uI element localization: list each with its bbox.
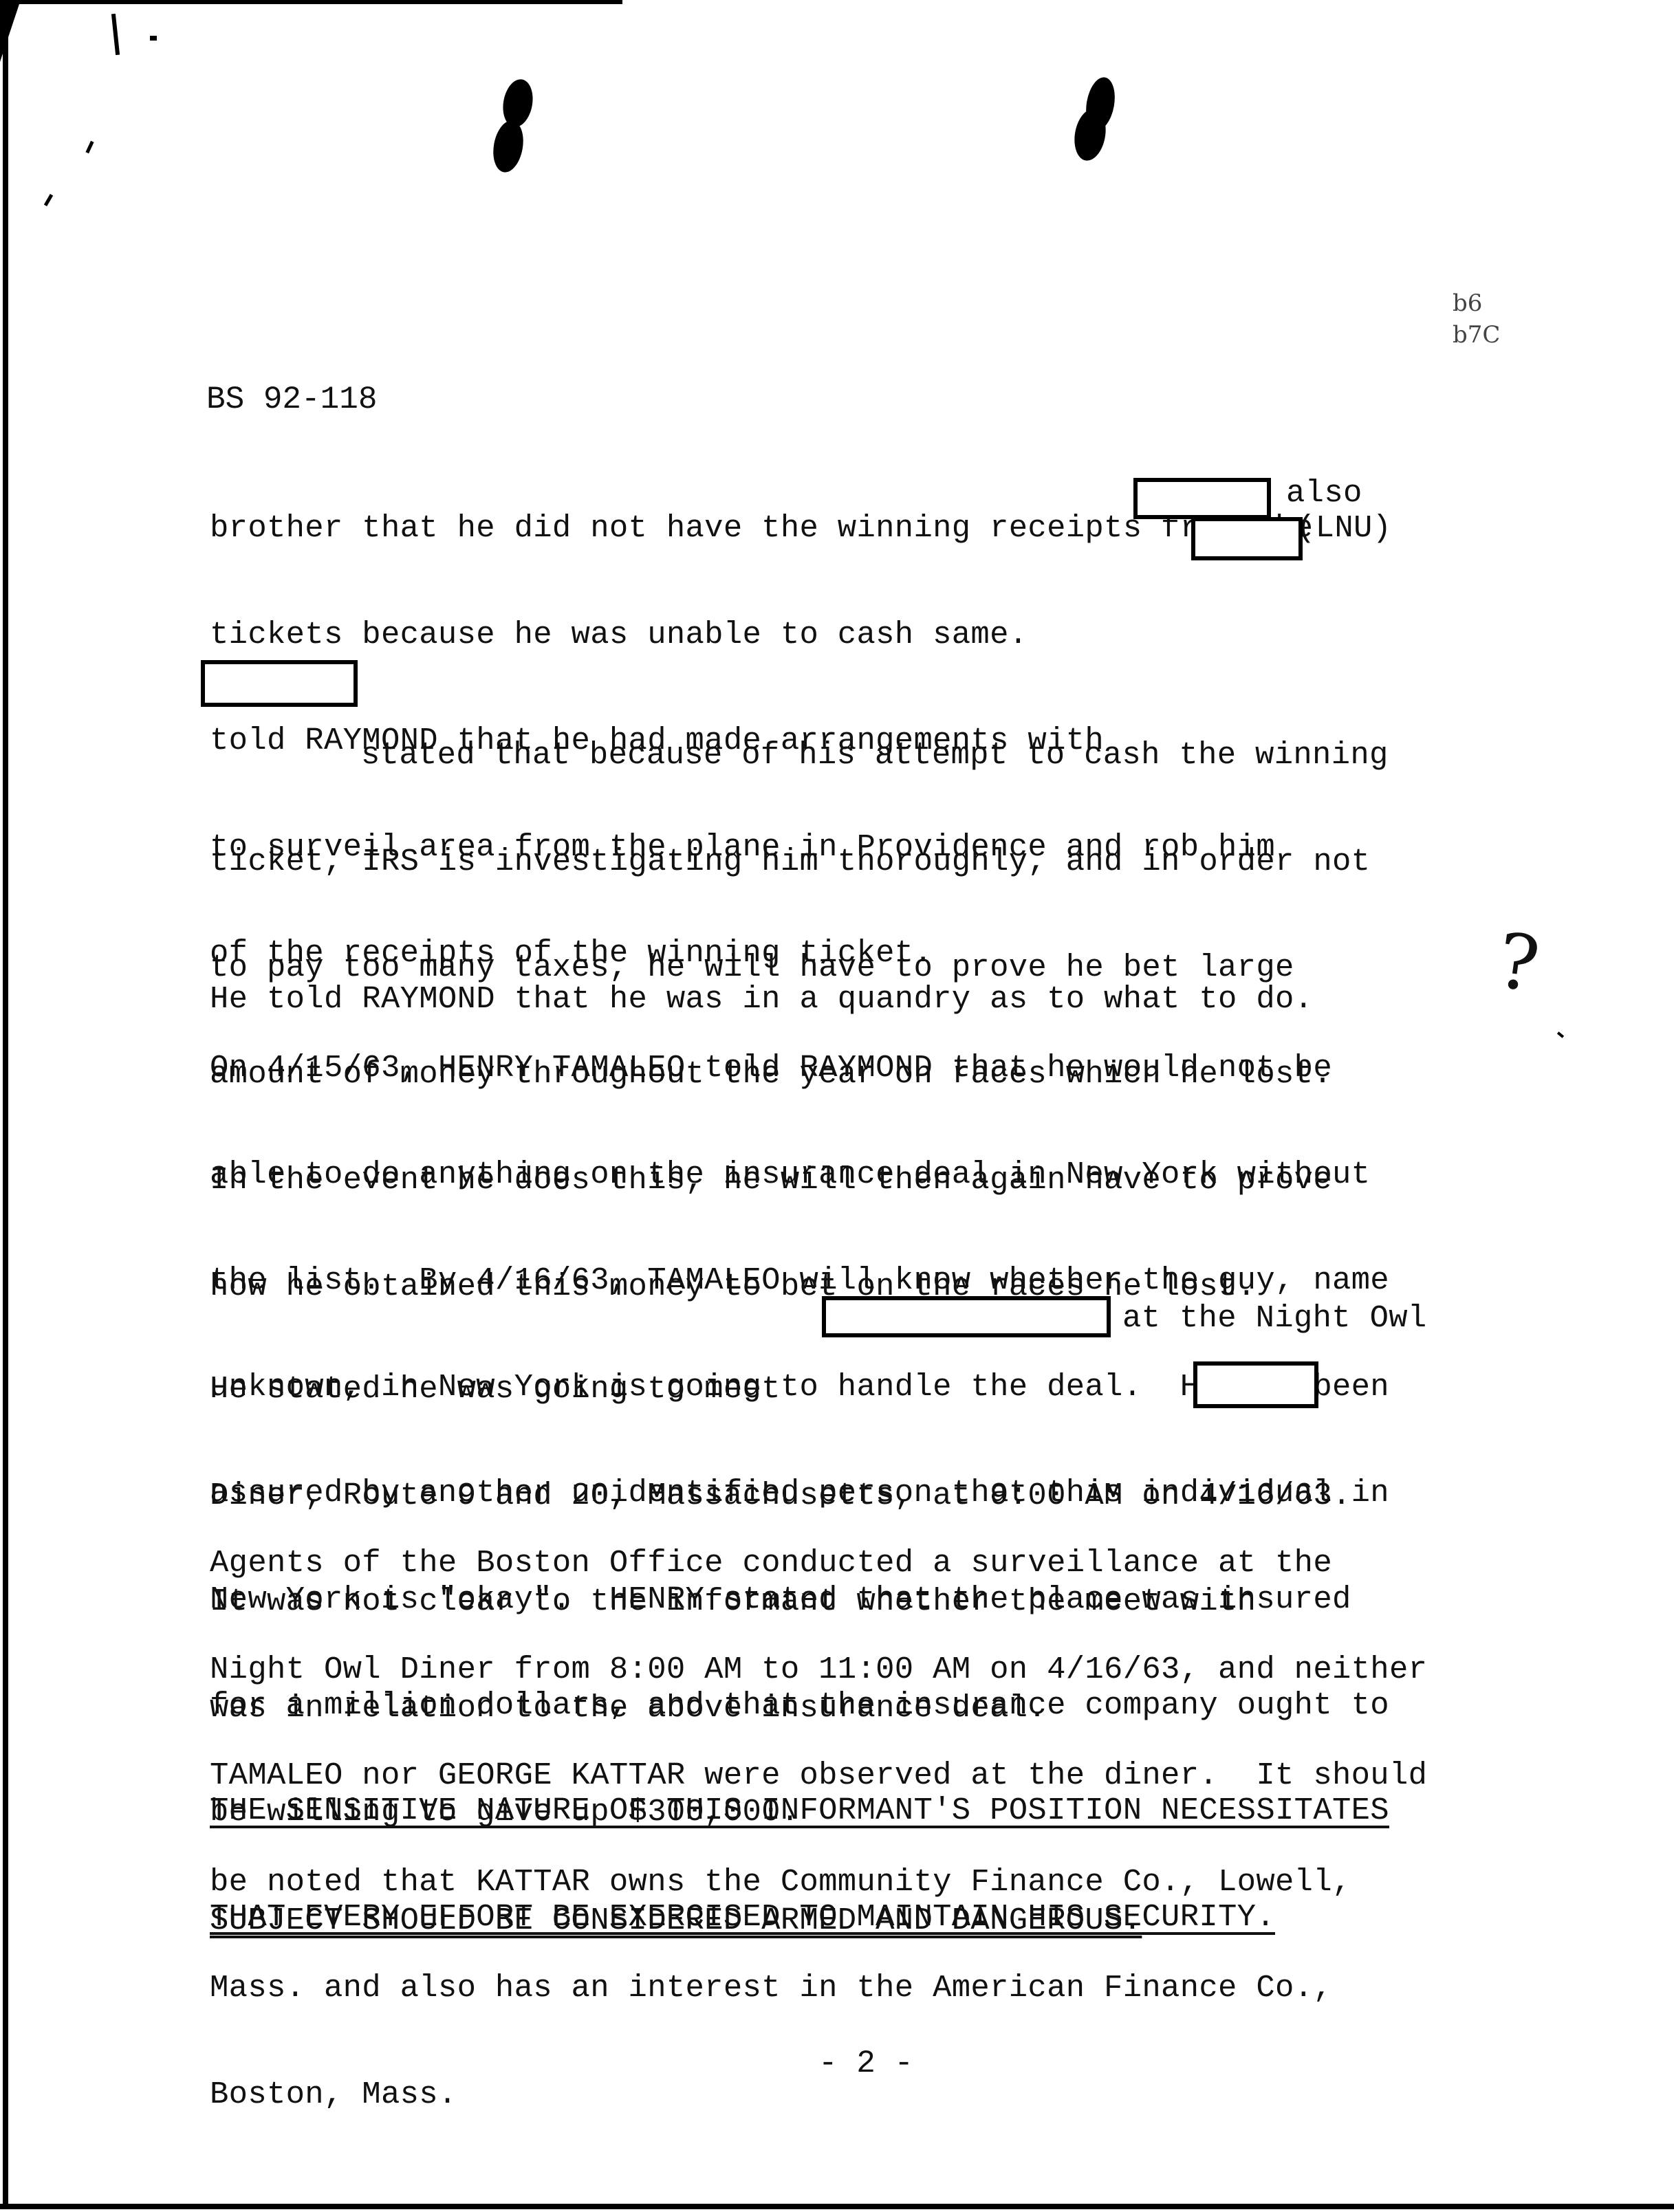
foia-exemption-codes: b6 b7C xyxy=(1453,287,1500,351)
scan-speck xyxy=(85,141,94,153)
text-line: THE SENSITIVE NATURE OF THIS INFORMANT'S… xyxy=(210,1793,1389,1829)
file-number: BS 92-118 xyxy=(206,382,377,417)
text-line: stated that because of his attempt to ca… xyxy=(210,738,1389,774)
armed-dangerous-warning: SUBJECT SHOULD BE CONSIDERED ARMED AND D… xyxy=(210,1832,1142,1974)
redaction-box xyxy=(1191,517,1303,560)
text-line: On 4/15/63, HENRY TAMALEO told RAYMOND t… xyxy=(210,1051,1389,1086)
text-line: tickets because he was unable to cash sa… xyxy=(210,617,1313,653)
frame-bottom-edge xyxy=(0,2204,1674,2209)
exemption-code: b7C xyxy=(1453,319,1500,351)
handwritten-question-mark: ? xyxy=(1493,922,1544,1003)
text-line: He stated he was going to meet xyxy=(210,1372,1351,1408)
scan-speck xyxy=(1557,1031,1564,1038)
scan-speck xyxy=(150,36,157,41)
scan-speck xyxy=(44,194,53,206)
frame-top-edge xyxy=(0,0,622,4)
frame-left-edge xyxy=(3,7,8,2207)
text-fragment: (LNU) xyxy=(1296,511,1391,547)
page-number: - 2 - xyxy=(818,2046,913,2081)
text-fragment: also xyxy=(1286,476,1362,512)
exemption-code: b6 xyxy=(1453,287,1500,319)
text-line: Mass. and also has an interest in the Am… xyxy=(210,1971,1427,2006)
text-line: able to do anything on the insurance dea… xyxy=(210,1157,1389,1193)
text-line: ticket, IRS is investigating him thoroug… xyxy=(210,844,1389,880)
redaction-box xyxy=(1193,1361,1318,1408)
punch-hole-icon xyxy=(490,118,528,175)
redaction-box xyxy=(822,1296,1111,1337)
redaction-box xyxy=(1133,478,1271,519)
text-line: Night Owl Diner from 8:00 AM to 11:00 AM… xyxy=(210,1652,1427,1688)
text-line: Agents of the Boston Office conducted a … xyxy=(210,1546,1427,1581)
text-fragment: at the Night Owl xyxy=(1122,1301,1427,1337)
text-line: the list. By 4/16/63, TAMALEO will know … xyxy=(210,1263,1389,1299)
punch-hole-icon xyxy=(499,77,536,129)
scan-speck xyxy=(111,14,120,55)
text-line: SUBJECT SHOULD BE CONSIDERED ARMED AND D… xyxy=(210,1903,1142,1939)
text-line: Boston, Mass. xyxy=(210,2077,1427,2113)
